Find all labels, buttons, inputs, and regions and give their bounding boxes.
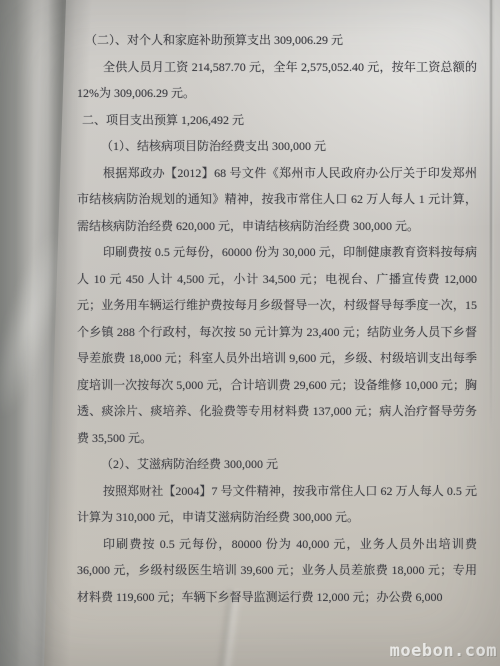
salary-calculation-paragraph: 全供人员月工资 214,587.70 元，全年 2,575,052.40 元，按… [77,54,477,107]
watermark-text: moebon.com [390,641,497,661]
document-photo: （二）、对个人和家庭补助预算支出 309,006.29 元 全供人员月工资 21… [0,0,500,666]
aids-project-heading: （2）、艾滋病防治经费 300,000 元 [77,451,477,478]
document-text: （二）、对个人和家庭补助预算支出 309,006.29 元 全供人员月工资 21… [77,27,477,610]
tb-project-heading: （1）、结核病项目防治经费支出 300,000 元 [77,133,477,160]
aids-expense-detail-paragraph: 印刷费按 0.5 元每份，80000 份为 40,000 元，业务人员外出培训费… [77,531,477,611]
paper-edge-right [489,0,495,430]
subsidy-section-heading: （二）、对个人和家庭补助预算支出 309,006.29 元 [77,27,477,54]
tb-basis-paragraph: 根据郑政办【2012】68 号文件《郑州市人民政府办公厅关于印发郑州市结核病防治… [77,160,477,240]
tb-expense-detail-paragraph: 印刷费按 0.5 元每份，60000 份为 30,000 元，印制健康教育资料按… [77,239,477,451]
aids-basis-paragraph: 按照郑财社【2004】7 号文件精神，按我市常住人口 62 万人每人 0.5 元… [77,478,477,531]
project-budget-heading: 二、项目支出预算 1,206,492 元 [77,107,477,134]
